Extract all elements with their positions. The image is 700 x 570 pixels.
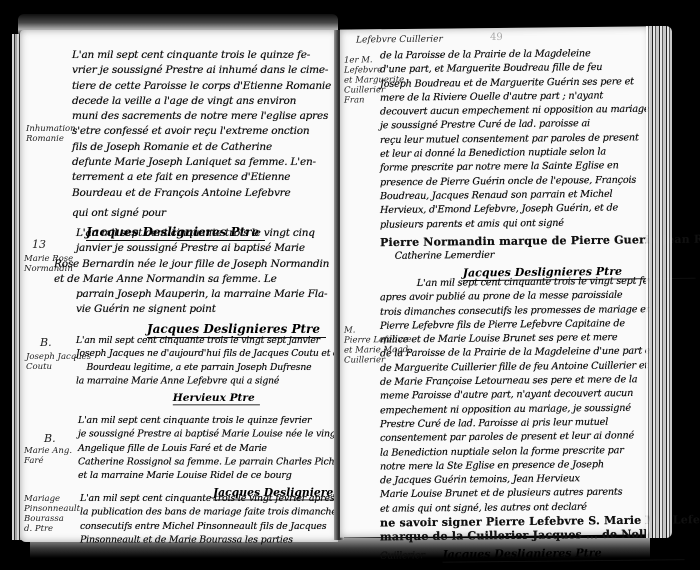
entry-line: Pinsonneault et de Marie Bourassa les pa… [80,533,342,547]
entry-line: vie Guérin ne signent point [76,302,329,317]
register-entry: L'an mil sept cent cinquante trois le qu… [78,414,374,501]
entry-line: janvier je soussigné Prestre ai baptisé … [76,241,329,256]
margin-note-line: Romanie [26,134,76,144]
entry-line: consecutifs entre Michel Pinsonneault fi… [80,520,342,534]
entry-line: L'an mil sept cent cinquante trois le vi… [80,492,342,506]
entry-line: Rose Bernardin née le jour fille de Jose… [54,257,329,272]
left-page: Inhumation Romanie L'an mil sept cent ci… [20,30,338,542]
margin-note-line: Bourassa [24,514,80,524]
entry-number: B. [44,432,56,445]
entry-line: Bourdeau et de François Antoine Lefebvre [72,186,338,201]
scanned-register-spread: Inhumation Romanie L'an mil sept cent ci… [0,0,700,570]
entry-line: je soussigné Prestre ai baptisé Marie Lo… [78,428,374,442]
page-number: 49 [490,32,503,43]
margin-note-line: Inhumation [26,124,76,134]
entry-line: L'an mil sept cent cinquante trois le qu… [72,48,338,63]
register-entry: L'an mil sept cent cinquante trois le qu… [72,48,338,241]
entry-line: parrain Joseph Mauperin, la marraine Mar… [76,287,329,302]
witness-signature: Cuillerier [380,549,425,564]
entry-line: et la marraine Marie Louise Ridel de ce … [78,469,374,483]
entry-line: terrement a ete fait en presence d'Etien… [72,170,338,185]
entry-line: la publication des bans de mariage faite… [80,506,342,520]
margin-note-line: d. Ptre [24,524,80,534]
header-note: Lefebvre Cuillerier [356,35,443,46]
margin-note-line: Mariage [24,494,80,504]
entry-line: Angelique fille de Louis Faré et de Mari… [78,442,374,456]
entry-line: muni des sacrements de notre mere l'egli… [72,109,338,124]
entry-line: L'an mil sept cent cinquante trois le qu… [78,414,374,428]
priest-signature: Jacques Deslignieres Ptre [442,545,684,562]
entry-number: B. [40,336,52,349]
margin-note-line: Pinsonneault [24,504,80,514]
entry-line: defunte Marie Joseph Laniquet sa femme. … [72,155,338,170]
margin-note-line: Faré [24,456,72,466]
entry-line: et de Marie Anne Normandin sa femme. Le [54,272,329,287]
margin-note: Inhumation Romanie [26,124,76,144]
entry-line: Catherine Rossignol sa femme. Le parrain… [78,455,374,469]
entry-line: vrier je soussigné Prestre ai inhumé dan… [72,63,338,78]
entry-line: decede la veille a l'age de vingt ans en… [72,94,338,109]
right-page: Lefebvre Cuillerier 49 1er M. Lefebvre e… [340,26,650,537]
register-entry: L'an mil sept cent cinquante trois le vi… [80,492,342,547]
entry-line: qui ont signé pour [72,206,166,221]
margin-note-line: Marie Ang. [24,446,72,456]
priest-signature: Hervieux Ptre [173,391,260,405]
entry-number: 13 [32,238,46,251]
entry-line: fils de Joseph Romanie et de Catherine [72,140,338,155]
register-entry: L'an mil sept cent cinquante trois le vi… [76,226,329,338]
right-page-edge [646,26,672,538]
entry-line: L'an mil sept cent cinquante trois le vi… [76,226,329,241]
margin-note: Marie Ang. Faré [24,446,72,466]
entry-line: tiere de cette Paroisse le corps d'Etien… [72,79,338,94]
entry-line: s'etre confessé et avoir reçu l'extreme … [72,124,338,139]
margin-note: Mariage Pinsonneault Bourassa d. Ptre [24,494,80,534]
